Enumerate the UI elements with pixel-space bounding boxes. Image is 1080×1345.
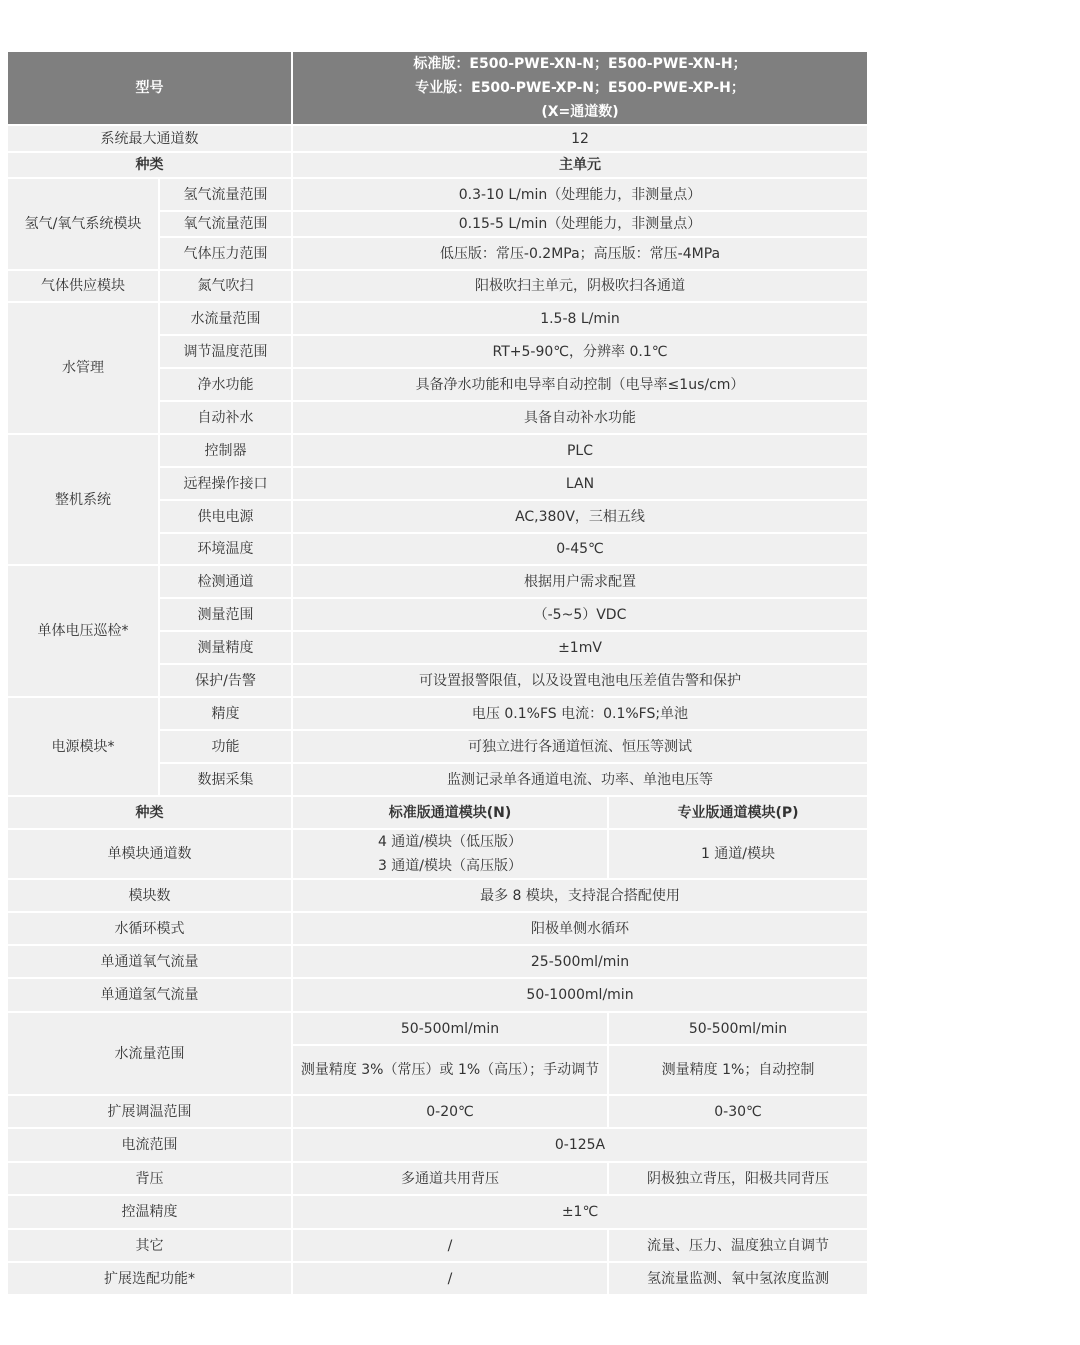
row-value: 具备净水功能和电导率自动控制（电导率≤1us/cm） (292, 368, 868, 401)
table-row: 氢气/氧气系统模块 氢气流量范围 0.3-10 L/min（处理能力，非测量点） (7, 178, 868, 211)
row-value: 阳极单侧水循环 (292, 912, 868, 945)
row-value: 0-125A (292, 1128, 868, 1162)
row-value: ±1℃ (292, 1195, 868, 1229)
row-label: 背压 (7, 1162, 292, 1195)
row-label: 气体压力范围 (159, 237, 292, 270)
channel-n-header: 标准版通道模块(N) (292, 796, 608, 829)
row-label: 供电电源 (159, 500, 292, 533)
group-label: 整机系统 (7, 434, 159, 565)
row-value: 阳极吹扫主单元，阴极吹扫各通道 (292, 270, 868, 302)
row-label: 控制器 (159, 434, 292, 467)
table-row: 扩展选配功能* / 氢流量监测、氧中氢浓度监测 (7, 1262, 868, 1295)
row-value: 监测记录单各通道电流、功率、单池电压等 (292, 763, 868, 796)
row-label: 精度 (159, 697, 292, 730)
section-header-row: 种类 主单元 (7, 152, 868, 178)
row-value-p: 0-30℃ (608, 1095, 868, 1128)
row-value-p: 50-500ml/min (608, 1012, 868, 1045)
row-label: 检测通道 (159, 565, 292, 598)
row-label: 单模块通道数 (7, 829, 292, 879)
table-row: 水流量范围 50-500ml/min 50-500ml/min (7, 1012, 868, 1045)
row-value: （-5~5）VDC (292, 598, 868, 631)
row-label: 电流范围 (7, 1128, 292, 1162)
row-label: 净水功能 (159, 368, 292, 401)
table-row: 气体供应模块 氮气吹扫 阳极吹扫主单元，阴极吹扫各通道 (7, 270, 868, 302)
row-value-p: 测量精度 1%；自动控制 (608, 1045, 868, 1095)
row-value: ±1mV (292, 631, 868, 664)
row-label: 控温精度 (7, 1195, 292, 1229)
row-value-p: 氢流量监测、氧中氢浓度监测 (608, 1262, 868, 1295)
row-label: 数据采集 (159, 763, 292, 796)
row-label: 测量精度 (159, 631, 292, 664)
row-label: 扩展选配功能* (7, 1262, 292, 1295)
row-label: 环境温度 (159, 533, 292, 565)
row-value: 12 (292, 125, 868, 152)
row-label: 单通道氧气流量 (7, 945, 292, 978)
table-row: 单通道氧气流量 25-500ml/min (7, 945, 868, 978)
row-label: 模块数 (7, 879, 292, 912)
model-note: (X=通道数) (299, 100, 861, 124)
row-label: 氮气吹扫 (159, 270, 292, 302)
low-pressure-channels: 4 通道/模块（低压版） (299, 830, 601, 854)
category-label: 种类 (7, 152, 292, 178)
table-row: 水循环模式 阳极单侧水循环 (7, 912, 868, 945)
row-value-n: 4 通道/模块（低压版） 3 通道/模块（高压版） (292, 829, 608, 879)
row-value: 根据用户需求配置 (292, 565, 868, 598)
row-value: LAN (292, 467, 868, 500)
group-label: 电源模块* (7, 697, 159, 796)
category-value: 主单元 (292, 152, 868, 178)
group-label: 气体供应模块 (7, 270, 159, 302)
table-row: 其它 / 流量、压力、温度独立自调节 (7, 1229, 868, 1262)
row-label: 扩展调温范围 (7, 1095, 292, 1128)
row-label: 水流量范围 (7, 1012, 292, 1095)
row-value: PLC (292, 434, 868, 467)
row-value: AC,380V，三相五线 (292, 500, 868, 533)
table-row: 扩展调温范围 0-20℃ 0-30℃ (7, 1095, 868, 1128)
row-value: RT+5-90℃，分辨率 0.1℃ (292, 335, 868, 368)
row-value-p: 流量、压力、温度独立自调节 (608, 1229, 868, 1262)
row-value: 50-1000ml/min (292, 978, 868, 1012)
row-value-n: / (292, 1229, 608, 1262)
model-values: 标准版：E500-PWE-XN-N；E500-PWE-XN-H； 专业版：E50… (292, 51, 868, 125)
model-professional: 专业版：E500-PWE-XP-N；E500-PWE-XP-H； (299, 76, 861, 100)
row-value: 0.3-10 L/min（处理能力，非测量点） (292, 178, 868, 211)
spec-table: 型号 标准版：E500-PWE-XN-N；E500-PWE-XN-H； 专业版：… (6, 50, 869, 1296)
table-row: 控温精度 ±1℃ (7, 1195, 868, 1229)
model-standard: 标准版：E500-PWE-XN-N；E500-PWE-XN-H； (299, 52, 861, 76)
row-value-n: 多通道共用背压 (292, 1162, 608, 1195)
row-value-n: 0-20℃ (292, 1095, 608, 1128)
row-label: 水循环模式 (7, 912, 292, 945)
row-value: 最多 8 模块，支持混合搭配使用 (292, 879, 868, 912)
channel-p-header: 专业版通道模块(P) (608, 796, 868, 829)
table-row: 整机系统 控制器 PLC (7, 434, 868, 467)
table-row: 单体电压巡检* 检测通道 根据用户需求配置 (7, 565, 868, 598)
row-label: 远程操作接口 (159, 467, 292, 500)
row-value-p: 阴极独立背压，阳极共同背压 (608, 1162, 868, 1195)
table-row: 单模块通道数 4 通道/模块（低压版） 3 通道/模块（高压版） 1 通道/模块 (7, 829, 868, 879)
row-label: 自动补水 (159, 401, 292, 434)
row-value: 1.5-8 L/min (292, 302, 868, 335)
table-row: 电流范围 0-125A (7, 1128, 868, 1162)
row-label: 系统最大通道数 (7, 125, 292, 152)
channel-header-row: 种类 标准版通道模块(N) 专业版通道模块(P) (7, 796, 868, 829)
group-label: 单体电压巡检* (7, 565, 159, 697)
row-label: 保护/告警 (159, 664, 292, 697)
row-value-n: 测量精度 3%（常压）或 1%（高压）；手动调节 (292, 1045, 608, 1095)
group-label: 水管理 (7, 302, 159, 434)
row-value: 25-500ml/min (292, 945, 868, 978)
row-value: 具备自动补水功能 (292, 401, 868, 434)
row-value: 可设置报警限值，以及设置电池电压差值告警和保护 (292, 664, 868, 697)
table-row: 水管理 水流量范围 1.5-8 L/min (7, 302, 868, 335)
row-label: 水流量范围 (159, 302, 292, 335)
row-value: 0.15-5 L/min（处理能力，非测量点） (292, 211, 868, 237)
row-label: 氢气流量范围 (159, 178, 292, 211)
row-value: 可独立进行各通道恒流、恒压等测试 (292, 730, 868, 763)
row-label: 调节温度范围 (159, 335, 292, 368)
high-pressure-channels: 3 通道/模块（高压版） (299, 854, 601, 878)
row-label: 测量范围 (159, 598, 292, 631)
model-label: 型号 (7, 51, 292, 125)
table-row: 系统最大通道数 12 (7, 125, 868, 152)
table-row: 电源模块* 精度 电压 0.1%FS 电流：0.1%FS;单池 (7, 697, 868, 730)
row-value: 0-45℃ (292, 533, 868, 565)
channel-category-label: 种类 (7, 796, 292, 829)
row-label: 其它 (7, 1229, 292, 1262)
row-value-p: 1 通道/模块 (608, 829, 868, 879)
row-label: 单通道氢气流量 (7, 978, 292, 1012)
table-row: 背压 多通道共用背压 阴极独立背压，阳极共同背压 (7, 1162, 868, 1195)
row-label: 氧气流量范围 (159, 211, 292, 237)
row-value: 低压版：常压-0.2MPa；高压版：常压-4MPa (292, 237, 868, 270)
table-header-row: 型号 标准版：E500-PWE-XN-N；E500-PWE-XN-H； 专业版：… (7, 51, 868, 125)
table-row: 模块数 最多 8 模块，支持混合搭配使用 (7, 879, 868, 912)
row-value-n: / (292, 1262, 608, 1295)
row-value-n: 50-500ml/min (292, 1012, 608, 1045)
row-label: 功能 (159, 730, 292, 763)
group-label: 氢气/氧气系统模块 (7, 178, 159, 270)
table-row: 单通道氢气流量 50-1000ml/min (7, 978, 868, 1012)
row-value: 电压 0.1%FS 电流：0.1%FS;单池 (292, 697, 868, 730)
